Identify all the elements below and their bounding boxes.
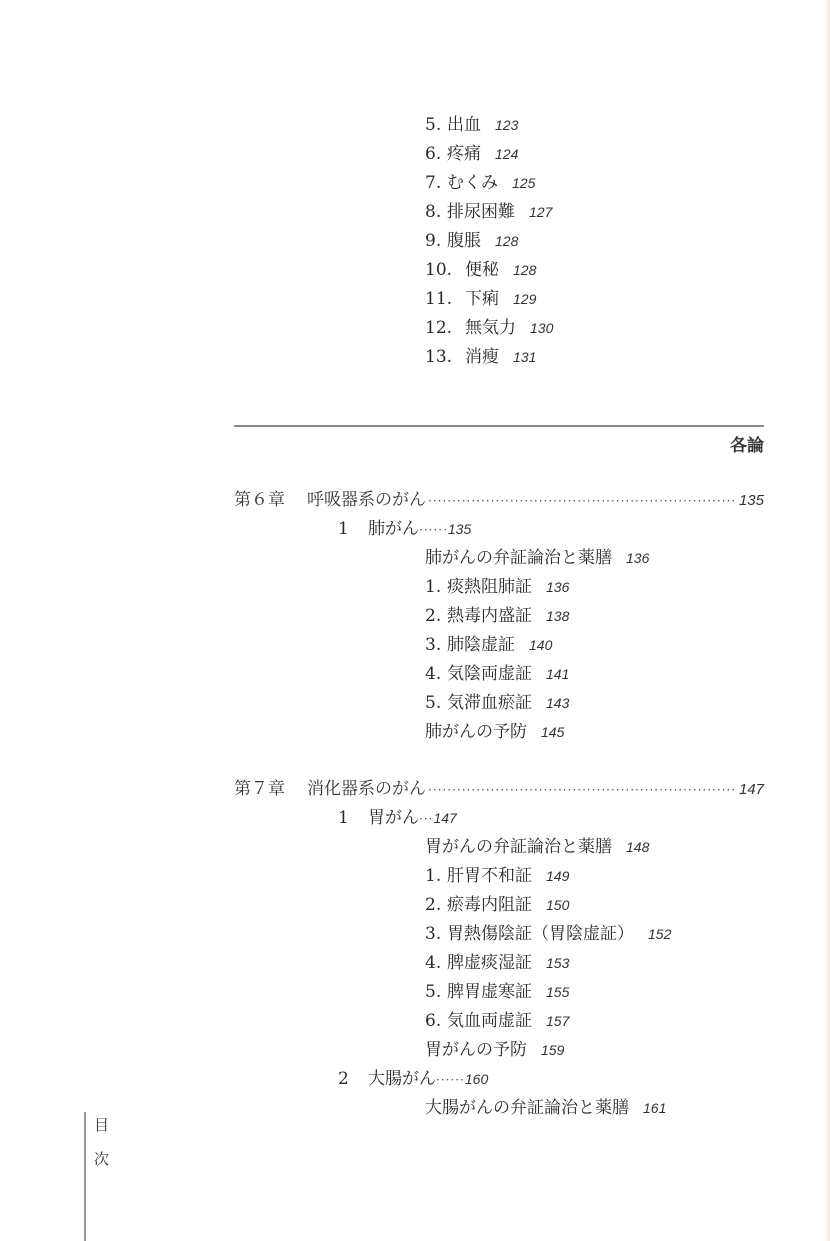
section-stomach-cancer[interactable]: 1胃がん···147 — [338, 808, 457, 829]
chapter-label: 第６章 — [234, 490, 285, 510]
section-number: 2 — [338, 1069, 368, 1089]
item-page: 136 — [546, 579, 569, 595]
item-number: 13. — [425, 347, 465, 367]
item-title: 気陰両虚証 — [447, 664, 532, 684]
item-title: むくみ — [447, 173, 498, 193]
dot-leader: ······ — [419, 523, 448, 537]
item-page: 155 — [546, 984, 569, 1000]
chapter-title: 消化器系のがん — [307, 779, 426, 799]
toc-item[interactable]: 5.気滞血瘀証143 — [425, 693, 569, 713]
item-title: 脾虚痰湿証 — [447, 953, 532, 973]
toc-item[interactable]: 2.瘀毒内阻証150 — [425, 895, 569, 915]
item-page: 152 — [648, 926, 671, 942]
dot-leader: ··· — [419, 812, 433, 826]
section-number: 1 — [338, 808, 368, 828]
item-page: 123 — [495, 117, 518, 133]
item-page: 128 — [495, 233, 518, 249]
item-title: 肺陰虚証 — [447, 635, 515, 655]
item-title: 痰熱阻肺証 — [447, 577, 532, 597]
item-number: 2. — [425, 895, 447, 915]
item-title: 疼痛 — [447, 144, 481, 164]
item-title: 便秘 — [465, 260, 499, 280]
item-page: 157 — [546, 1013, 569, 1029]
toc-item[interactable]: 5.脾胃虚寒証155 — [425, 982, 569, 1002]
item-page: 138 — [546, 608, 569, 624]
toc-item[interactable]: 胃がんの弁証論治と薬膳148 — [425, 837, 649, 857]
item-title: 無気力 — [465, 318, 516, 338]
toc-item[interactable]: 4.気陰両虚証141 — [425, 664, 569, 684]
item-title: 腹脹 — [447, 231, 481, 251]
item-number: 6. — [425, 1011, 447, 1031]
item-title: 気血両虚証 — [447, 1011, 532, 1031]
item-page: 127 — [529, 204, 552, 220]
toc-item[interactable]: 4.脾虚痰湿証153 — [425, 953, 569, 973]
item-page: 143 — [546, 695, 569, 711]
item-page: 131 — [513, 349, 536, 365]
item-page: 125 — [512, 175, 535, 191]
item-page: 148 — [626, 839, 649, 855]
item-page: 150 — [546, 897, 569, 913]
item-number: 4. — [425, 664, 447, 684]
item-title: 胃がんの予防 — [425, 1040, 527, 1060]
dot-leader: ······ — [436, 1073, 465, 1087]
item-page: 140 — [529, 637, 552, 653]
item-title: 胃熱傷陰証（胃陰虚証） — [447, 924, 634, 944]
item-number: 6. — [425, 144, 447, 164]
item-number: 2. — [425, 606, 447, 626]
item-title: 気滞血瘀証 — [447, 693, 532, 713]
item-number: 9. — [425, 231, 447, 251]
section-page: 147 — [433, 810, 456, 826]
item-title: 下痢 — [465, 289, 499, 309]
toc-item[interactable]: 3.肺陰虚証140 — [425, 635, 552, 655]
chapter-label: 第７章 — [234, 779, 285, 799]
toc-item[interactable]: 6.疼痛124 — [425, 144, 518, 164]
item-title: 肺がんの予防 — [425, 722, 527, 742]
toc-item[interactable]: 大腸がんの弁証論治と薬膳161 — [425, 1098, 666, 1118]
section-lung-cancer[interactable]: 1肺がん······135 — [338, 519, 471, 540]
item-number: 4. — [425, 953, 447, 973]
section-title: 各論 — [730, 431, 764, 456]
section-title: 大腸がん — [368, 1069, 436, 1089]
item-number: 11. — [425, 289, 465, 309]
dot-leader: ········································… — [428, 780, 737, 800]
side-label-char: 次 — [94, 1150, 109, 1168]
item-title: 大腸がんの弁証論治と薬膳 — [425, 1098, 629, 1118]
item-page: 145 — [541, 724, 564, 740]
item-title: 瘀毒内阻証 — [447, 895, 532, 915]
toc-item[interactable]: 肺がんの予防145 — [425, 722, 564, 742]
item-number: 3. — [425, 635, 447, 655]
item-page: 128 — [513, 262, 536, 278]
item-number: 7. — [425, 173, 447, 193]
item-page: 129 — [513, 291, 536, 307]
item-page: 124 — [495, 146, 518, 162]
section-number: 1 — [338, 519, 368, 539]
item-page: 161 — [643, 1100, 666, 1116]
section-title: 肺がん — [368, 519, 419, 539]
item-title: 熱毒内盛証 — [447, 606, 532, 626]
toc-item[interactable]: 13.消瘦131 — [425, 347, 536, 367]
toc-item[interactable]: 8.排尿困難127 — [425, 202, 552, 222]
toc-item[interactable]: 10.便秘128 — [425, 260, 536, 280]
item-number: 10. — [425, 260, 465, 280]
toc-item[interactable]: 9.腹脹128 — [425, 231, 518, 251]
item-number: 5. — [425, 693, 447, 713]
chapter-page: 147 — [739, 780, 764, 800]
item-number: 8. — [425, 202, 447, 222]
item-page: 153 — [546, 955, 569, 971]
toc-item[interactable]: 5.出血123 — [425, 115, 518, 135]
item-page: 130 — [530, 320, 553, 336]
side-label-char: 目 — [94, 1116, 109, 1134]
item-number: 5. — [425, 982, 447, 1002]
toc-item[interactable]: 1.痰熱阻肺証136 — [425, 577, 569, 597]
side-tab-bar — [84, 1112, 86, 1241]
toc-item[interactable]: 12.無気力130 — [425, 318, 553, 338]
item-page: 159 — [541, 1042, 564, 1058]
page-edge — [824, 0, 830, 1241]
section-page: 160 — [465, 1071, 488, 1087]
item-title: 排尿困難 — [447, 202, 515, 222]
item-number: 12. — [425, 318, 465, 338]
toc-item[interactable]: 7.むくみ125 — [425, 173, 535, 193]
chapter-title: 呼吸器系のがん — [307, 490, 426, 510]
item-number: 3. — [425, 924, 447, 944]
section-page: 135 — [448, 521, 471, 537]
chapter-6-heading[interactable]: 第６章 呼吸器系のがん ····························… — [234, 490, 764, 511]
item-page: 136 — [626, 550, 649, 566]
toc-item[interactable]: 1.肝胃不和証149 — [425, 866, 569, 886]
section-divider — [234, 425, 764, 427]
toc-item[interactable]: 6.気血両虚証157 — [425, 1011, 569, 1031]
toc-item[interactable]: 11.下痢129 — [425, 289, 536, 309]
dot-leader: ········································… — [428, 491, 737, 511]
section-title: 胃がん — [368, 808, 419, 828]
item-title: 消瘦 — [465, 347, 499, 367]
item-title: 脾胃虚寒証 — [447, 982, 532, 1002]
item-title: 胃がんの弁証論治と薬膳 — [425, 837, 612, 857]
item-title: 出血 — [447, 115, 481, 135]
chapter-7-heading[interactable]: 第７章 消化器系のがん ····························… — [234, 779, 764, 800]
toc-item[interactable]: 2.熱毒内盛証138 — [425, 606, 569, 626]
item-title: 肝胃不和証 — [447, 866, 532, 886]
toc-item[interactable]: 肺がんの弁証論治と薬膳136 — [425, 548, 649, 568]
section-colorectal-cancer[interactable]: 2大腸がん······160 — [338, 1069, 488, 1090]
toc-item[interactable]: 3.胃熱傷陰証（胃陰虚証）152 — [425, 924, 671, 944]
item-page: 141 — [546, 666, 569, 682]
chapter-page: 135 — [739, 491, 764, 511]
item-number: 1. — [425, 577, 447, 597]
item-page: 149 — [546, 868, 569, 884]
item-number: 5. — [425, 115, 447, 135]
toc-item[interactable]: 胃がんの予防159 — [425, 1040, 564, 1060]
item-title: 肺がんの弁証論治と薬膳 — [425, 548, 612, 568]
item-number: 1. — [425, 866, 447, 886]
